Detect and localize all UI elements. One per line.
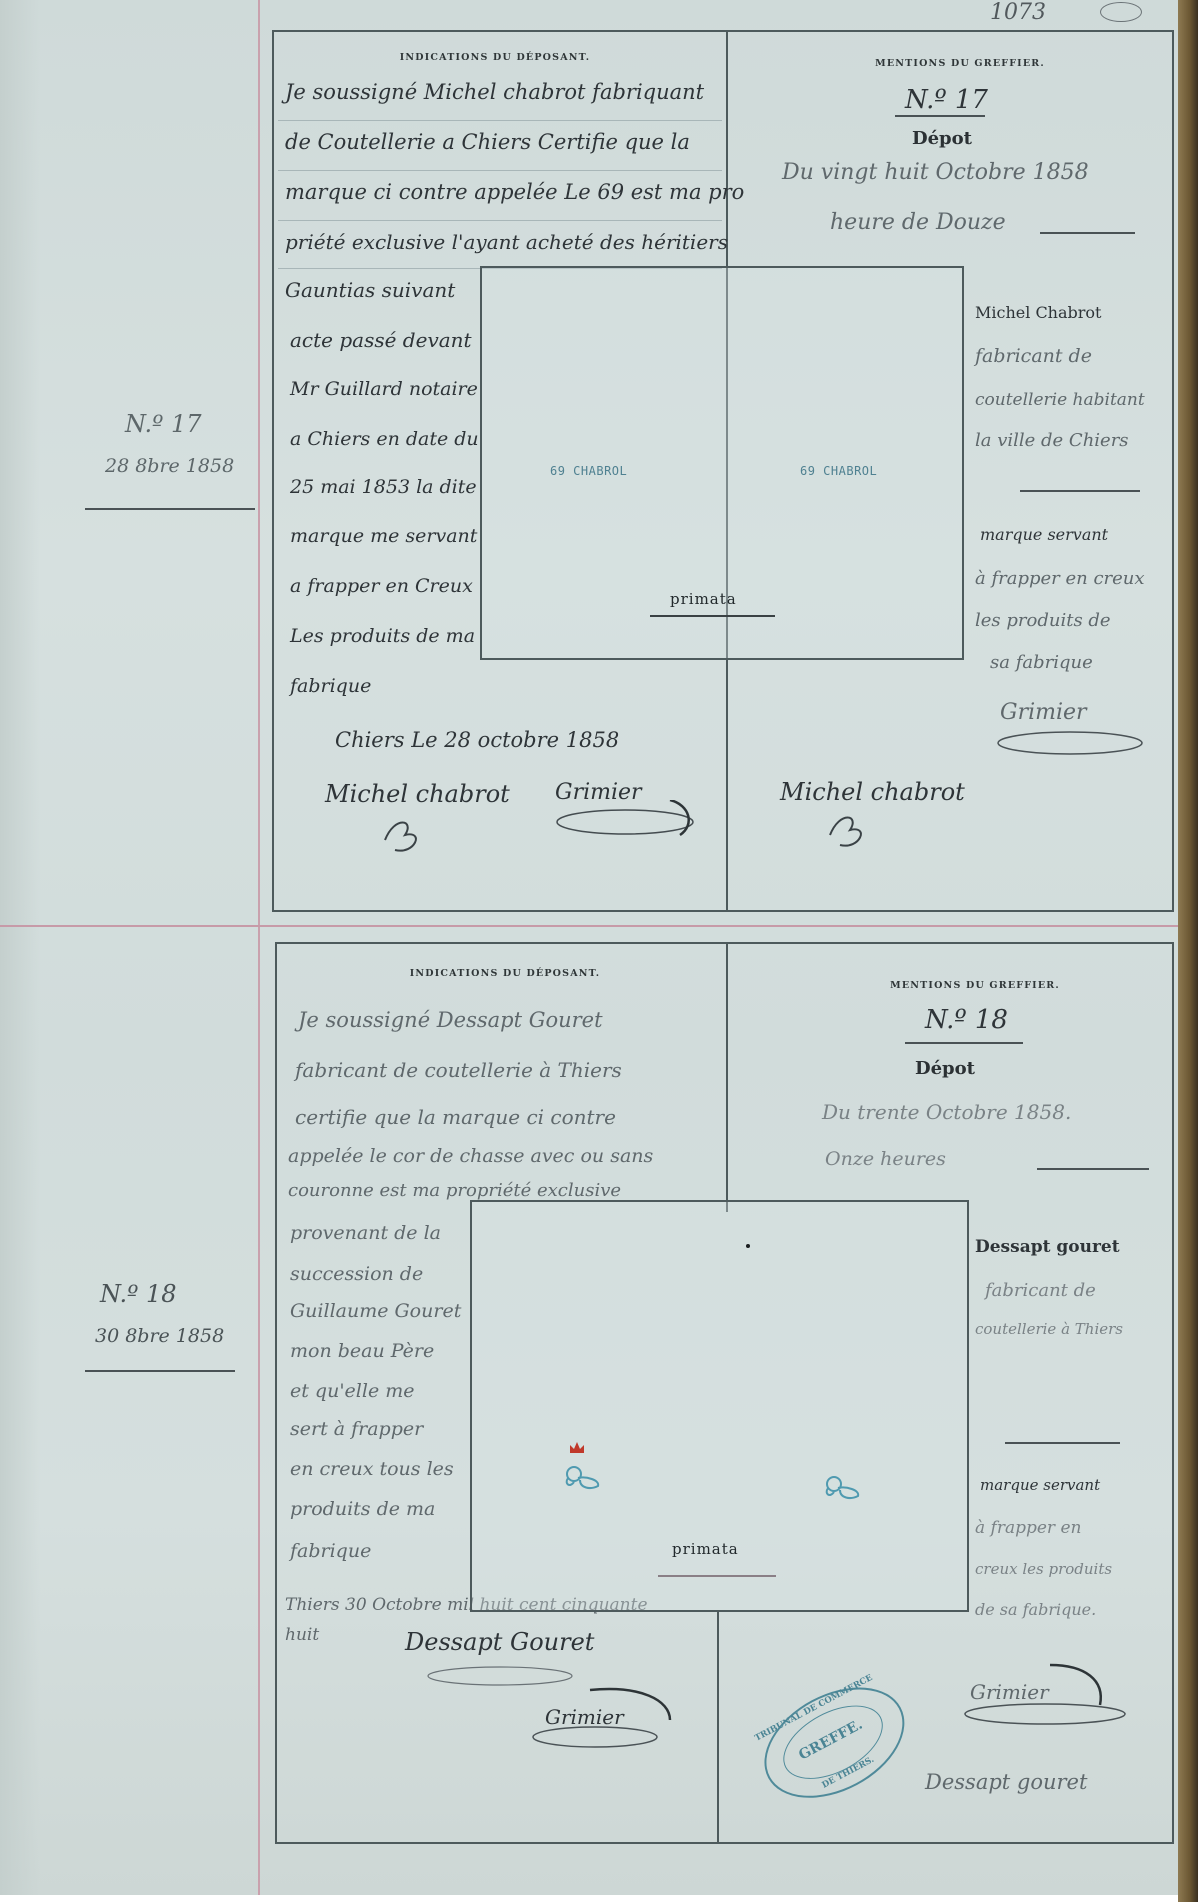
deposant-line: 25 mai 1853 la dite — [290, 476, 477, 498]
place-date-cont: huit — [285, 1625, 319, 1645]
deposant-line: succession de — [290, 1263, 423, 1285]
margin-underline — [85, 508, 255, 510]
caption-underline — [658, 1575, 776, 1577]
greffier-heading: MENTIONS DU GREFFIER. — [830, 58, 1090, 69]
number-underline — [895, 115, 985, 117]
deposant-line: de Coutellerie a Chiers Certifie que la — [285, 130, 690, 154]
deposant-line: fabrique — [290, 1540, 371, 1562]
deposant-line: mon beau Père — [290, 1340, 434, 1362]
number-underline — [905, 1042, 1023, 1044]
mark-stamp: 69 CHABROL — [800, 464, 877, 478]
depot-date: Du vingt huit Octobre 1858 — [782, 160, 1089, 185]
folio-number: 1073 — [990, 0, 1046, 25]
hunting-horn-icon — [820, 1472, 865, 1502]
clerk-paraph — [520, 1685, 685, 1755]
margin-underline — [85, 1370, 235, 1372]
deposant-line: provenant de la — [290, 1222, 441, 1244]
mark-caption: primata — [670, 590, 737, 608]
deposant-line: acte passé devant — [290, 328, 472, 352]
deposant-line: sert à frapper — [290, 1418, 423, 1440]
greffier-clerk-signature: Grimier — [1000, 700, 1087, 725]
folio-circle-mark — [1100, 2, 1142, 22]
signature-flourish — [375, 810, 455, 860]
deposant-heading: INDICATIONS DU DÉPOSANT. — [330, 52, 660, 63]
deposant-line: Gauntias suivant — [285, 278, 455, 302]
greffier-number: N.º 17 — [905, 85, 988, 115]
margin-number: N.º 17 — [125, 410, 202, 438]
depot-label: Dépot — [912, 128, 972, 149]
margin-rule-horizontal — [0, 925, 1178, 927]
greffier-depositor-signature: Michel chabrot — [780, 778, 965, 806]
deposant-line: Les produits de ma — [290, 625, 475, 647]
deposant-line: en creux tous les — [290, 1458, 454, 1480]
greffier-name: Dessapt gouret — [975, 1237, 1120, 1257]
greffier-marque: à frapper en — [975, 1518, 1081, 1538]
caption-underline — [650, 615, 775, 617]
page-shadow — [0, 0, 40, 1895]
greffier-desc: coutellerie à Thiers — [975, 1320, 1123, 1338]
deposant-line: couronne est ma propriété exclusive — [288, 1180, 621, 1201]
hunting-horn-icon — [560, 1462, 605, 1492]
depositor-signature: Dessapt Gouret — [405, 1628, 594, 1656]
signature-flourish — [820, 805, 900, 855]
greffier-depositor-signature: Dessapt gouret — [925, 1770, 1087, 1794]
clerk-paraph — [550, 800, 700, 845]
margin-rule-vertical — [258, 0, 260, 1895]
greffier-rule — [1005, 1442, 1120, 1444]
greffier-name: Michel Chabrot — [975, 303, 1101, 322]
greffier-desc: la ville de Chiers — [975, 430, 1129, 451]
deposant-line: certifie que la marque ci contre — [295, 1105, 616, 1129]
greffier-marque: marque servant — [980, 525, 1108, 544]
deposant-heading: INDICATIONS DU DÉPOSANT. — [340, 968, 670, 979]
column-divider — [726, 942, 728, 1212]
greffier-rule — [1037, 1168, 1149, 1170]
mark-stamp: 69 CHABROL — [550, 464, 627, 478]
greffier-marque: sa fabrique — [990, 652, 1093, 673]
column-divider — [717, 1612, 719, 1842]
deposant-line: priété exclusive l'ayant acheté des héri… — [285, 230, 728, 254]
deposant-line: Mr Guillard notaire — [290, 378, 478, 400]
deposant-line: marque ci contre appelée Le 69 est ma pr… — [285, 180, 744, 204]
margin-date: 28 8bre 1858 — [105, 455, 234, 477]
margin-number: N.º 18 — [100, 1280, 177, 1308]
greffier-desc: coutellerie habitant — [975, 390, 1145, 410]
greffier-number: N.º 18 — [925, 1005, 1008, 1035]
greffier-rule — [1040, 232, 1135, 234]
greffier-rule — [1020, 490, 1140, 492]
greffier-desc: fabricant de — [975, 345, 1092, 367]
greffier-heading: MENTIONS DU GREFFIER. — [845, 980, 1105, 991]
depositor-signature: Michel chabrot — [325, 780, 510, 808]
deposant-line: marque me servant — [290, 525, 477, 547]
depot-hour: heure de Douze — [830, 210, 1006, 235]
margin-date: 30 8bre 1858 — [95, 1325, 224, 1347]
deposant-line: et qu'elle me — [290, 1380, 414, 1402]
deposant-line: fabrique — [290, 675, 371, 697]
greffier-marque: creux les produits — [975, 1560, 1112, 1578]
greffier-marque: de sa fabrique. — [975, 1600, 1096, 1619]
depot-date: Du trente Octobre 1858. — [822, 1100, 1071, 1124]
depot-label: Dépot — [915, 1058, 975, 1079]
depot-hour: Onze heures — [825, 1148, 946, 1170]
deposant-line: produits de ma — [290, 1498, 435, 1520]
deposant-line: Je soussigné Michel chabrot fabriquant — [285, 80, 704, 104]
mark-caption: primata — [672, 1540, 739, 1558]
greffier-desc: fabricant de — [985, 1280, 1096, 1301]
greffier-marque: marque servant — [980, 1476, 1100, 1494]
ruled-line — [278, 220, 722, 221]
clerk-paraph — [950, 1660, 1140, 1735]
clerk-paraph — [990, 725, 1155, 765]
greffier-marque: à frapper en creux — [975, 568, 1145, 589]
place-date: Chiers Le 28 octobre 1858 — [335, 728, 619, 752]
deposant-line: appelée le cor de chasse avec ou sans — [288, 1145, 653, 1167]
deposant-line: a frapper en Creux — [290, 575, 473, 597]
ink-dot — [746, 1244, 750, 1248]
ruled-line — [278, 120, 722, 121]
ruled-line — [278, 170, 722, 171]
deposant-line: Guillaume Gouret — [290, 1300, 461, 1322]
deposant-line: fabricant de coutellerie à Thiers — [295, 1058, 622, 1082]
greffier-marque: les produits de — [975, 610, 1111, 631]
deposant-line: Je soussigné Dessapt Gouret — [298, 1008, 603, 1032]
deposant-line: a Chiers en date du — [290, 428, 479, 450]
book-spine — [1178, 0, 1198, 1902]
